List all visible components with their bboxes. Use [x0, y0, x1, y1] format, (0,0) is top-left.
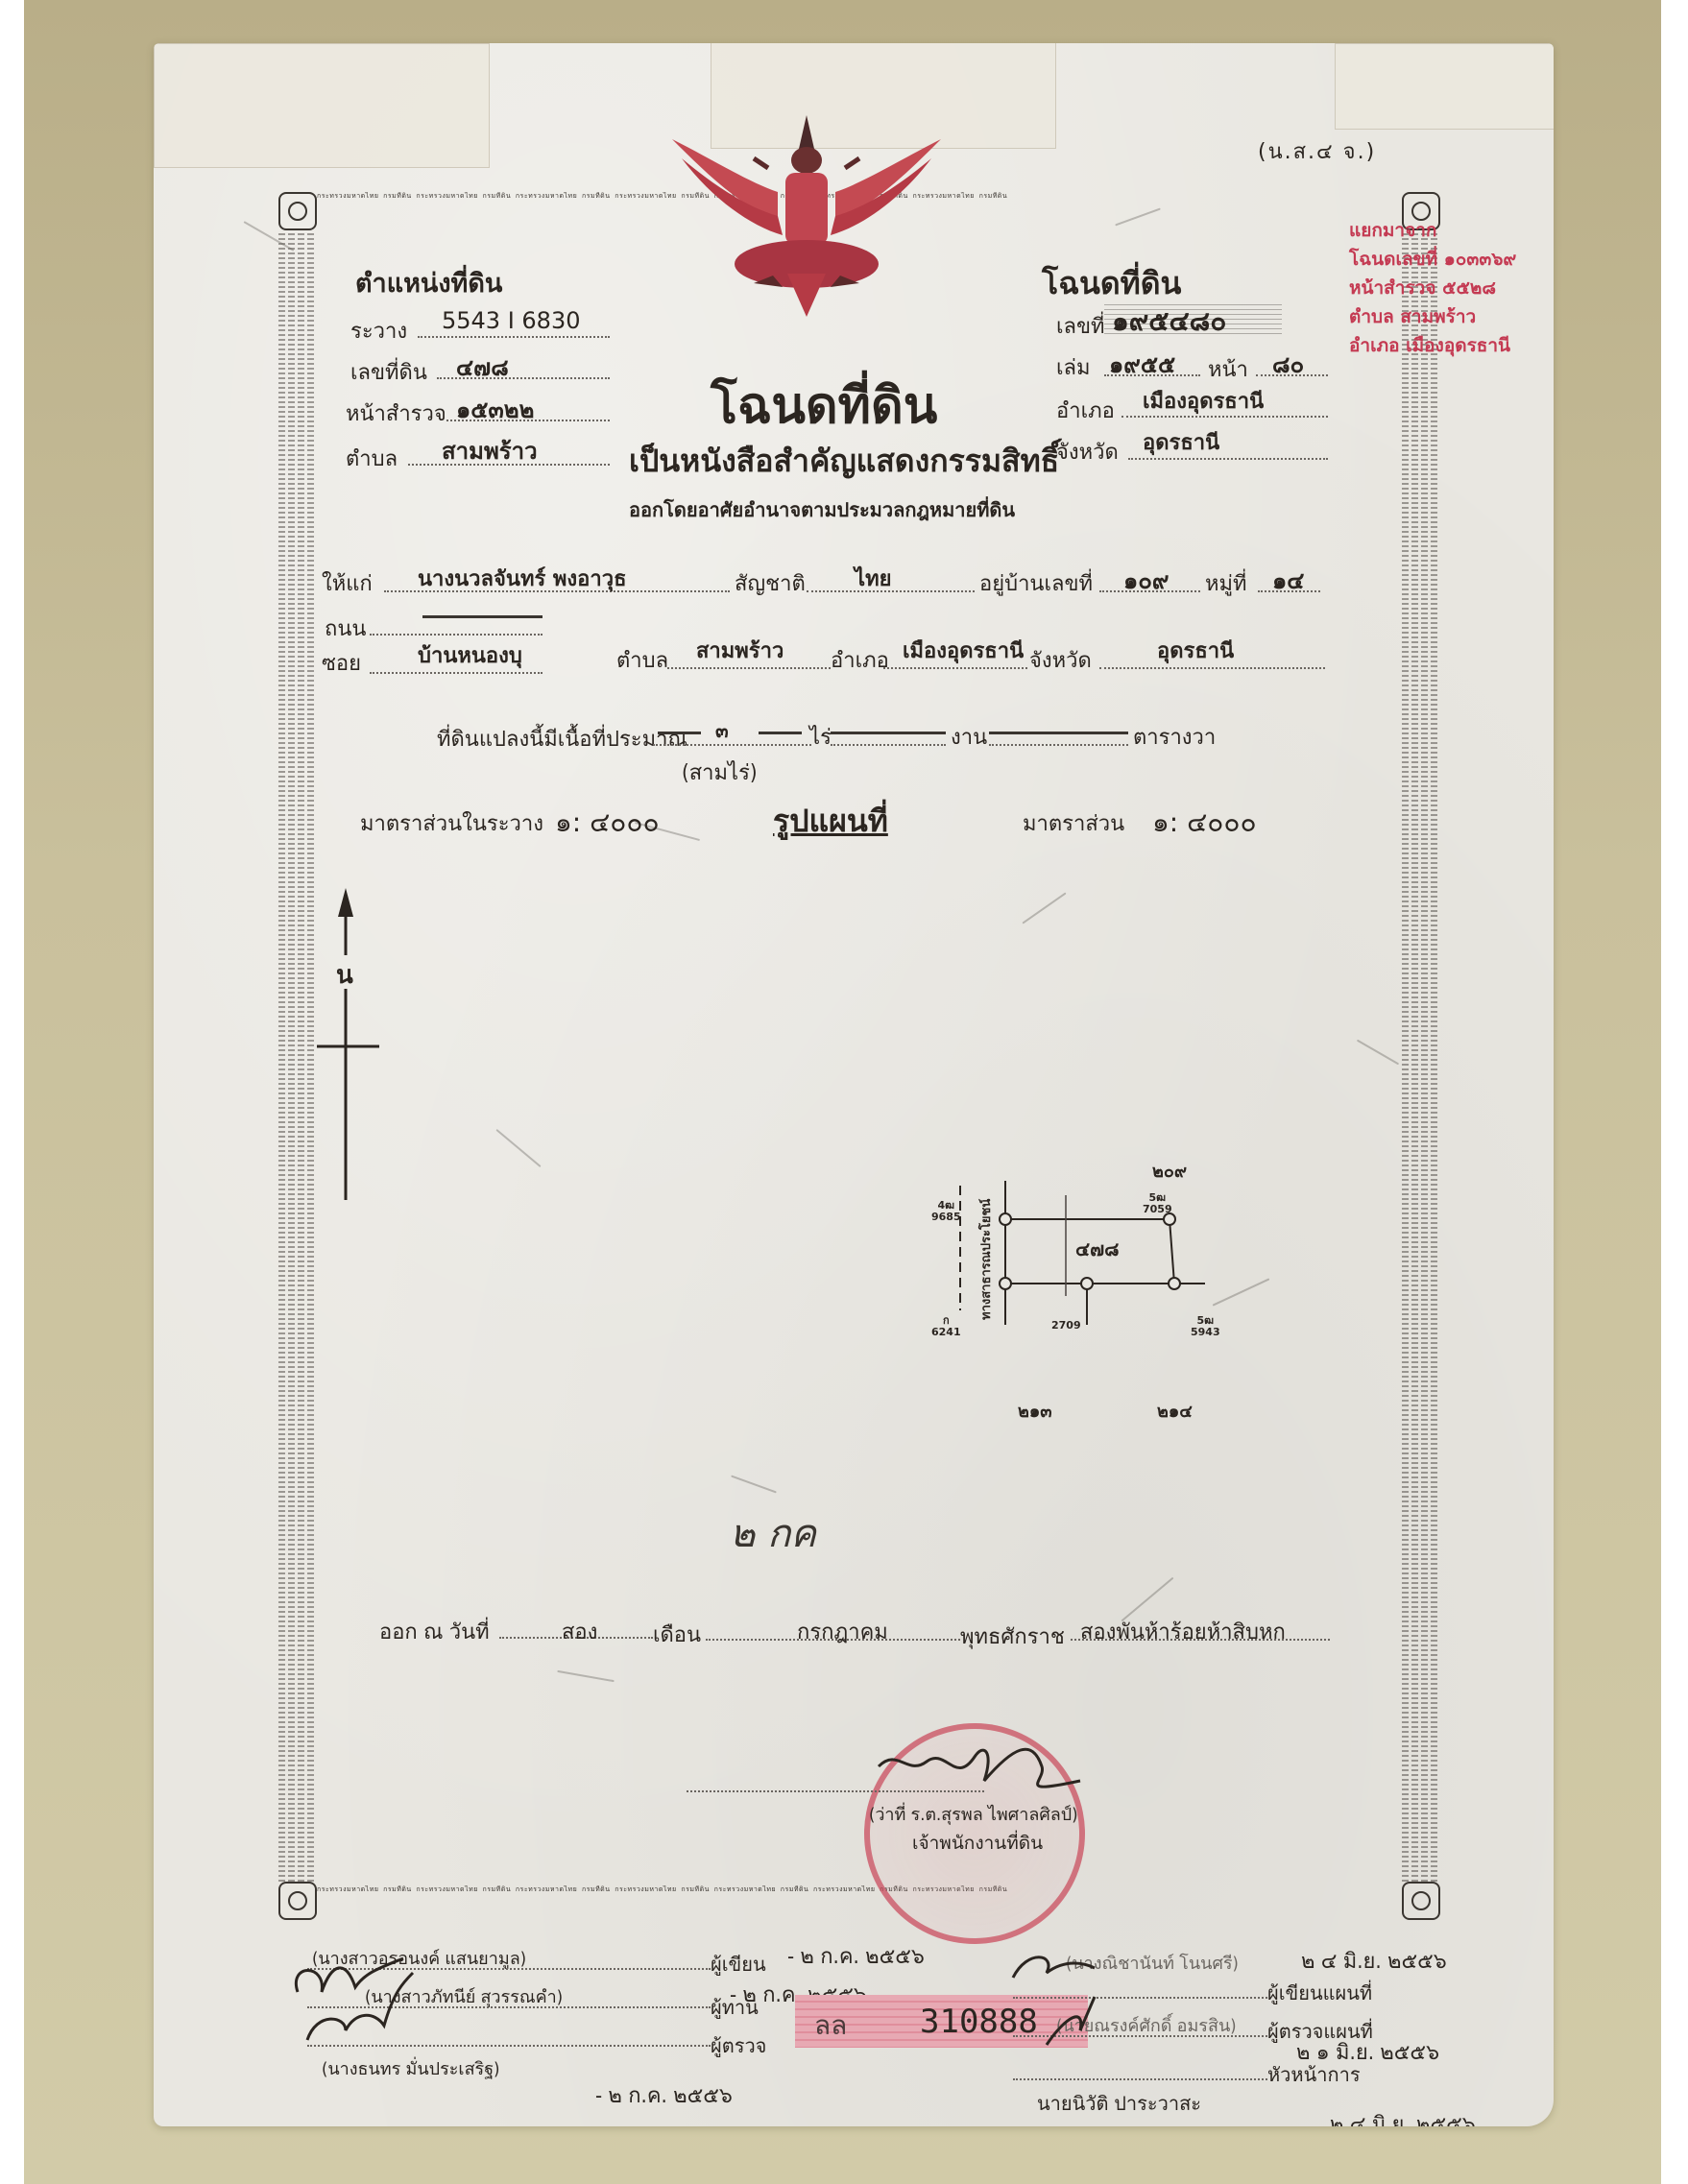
- house-no-label: อยู่บ้านเลขที่: [979, 566, 1093, 600]
- land-title-deed: (น.ส.๔ จ.) กระทรวงมหาดไทย กรมที่ดิน กระท…: [154, 43, 1554, 2126]
- split-note-line: แยกมาจาก: [1349, 216, 1516, 245]
- house-no-value: ๑๐๙: [1123, 562, 1169, 599]
- official-title: เจ้าพนักงานที่ดิน: [912, 1829, 1043, 1858]
- land-location-heading: ตำแหน่งที่ดิน: [355, 262, 502, 303]
- signatory-head-date: ๒ ๔ มิ.ย. ๒๕๕๖: [1330, 2107, 1476, 2126]
- owner-to-label: ให้แก่: [322, 566, 373, 600]
- scale-value: ๑: ๔๐๐๐: [1152, 802, 1257, 844]
- field-label-parcel-no: เลขที่ดิน: [350, 355, 427, 389]
- year-label: พุทธศักราช: [960, 1620, 1065, 1653]
- split-from-note: แยกมาจาก โฉนดเลขที่ ๑๐๓๓๖๙ หน้าสำรวจ ๕๕๒…: [1349, 216, 1516, 360]
- district-label: อำเภอ: [1056, 394, 1115, 427]
- issue-month: กรกฎาคม: [797, 1615, 888, 1648]
- marker-label: 5ฒ7059: [1143, 1192, 1172, 1215]
- dotted-line: [653, 744, 811, 746]
- deed-number: ๑๙๕๔๘๐: [1112, 300, 1226, 343]
- marker-label: 5ฒ5943: [1191, 1315, 1220, 1338]
- area-dash: [759, 732, 802, 734]
- dotted-line: [1013, 2078, 1267, 2080]
- document-subtitle: เป็นหนังสือสำคัญแสดงกรรมสิทธิ์: [629, 437, 1059, 486]
- issue-day: สอง: [562, 1615, 597, 1648]
- dotted-line: [883, 667, 1027, 669]
- wa-label: ตารางวา: [1133, 720, 1216, 754]
- field-value-survey-page: ๑๕๓๒๒: [456, 391, 534, 428]
- dotted-line: [687, 1790, 984, 1792]
- road-label: ถนน: [325, 612, 366, 645]
- area-in-words: (สามไร่): [682, 756, 758, 789]
- signatory-head-role: หัวหน้าการ: [1267, 2059, 1361, 2090]
- moo-label: หมู่ที่: [1205, 566, 1247, 600]
- public-road-label: ทางสาธารณประโยชน์: [976, 1199, 996, 1320]
- soi-value: บ้านหนองบุ: [418, 638, 522, 672]
- dotted-line: [989, 744, 1128, 746]
- volume-label: เล่ม: [1056, 350, 1091, 384]
- split-note-line: หน้าสำรวจ ๕๕๒๘: [1349, 274, 1516, 302]
- area-dash: [831, 732, 946, 734]
- neighbor-parcel-213: ๒๑๓: [1018, 1397, 1052, 1425]
- signatory-writer-role: ผู้เขียน: [711, 1949, 766, 1980]
- road-blank-dash: [422, 615, 543, 618]
- moo-value: ๑๔: [1272, 562, 1304, 599]
- volume-value: ๑๙๕๕: [1109, 346, 1175, 383]
- signatory-map-writer-date: ๒ ๔ มิ.ย. ๒๕๕๖: [1301, 1944, 1447, 1978]
- dotted-line: [370, 634, 543, 636]
- signatory-checker-name: (นางธนทร มั่นประเสริฐ): [322, 2054, 499, 2082]
- document-authority: ออกโดยอาศัยอำนาจตามประมวลกฎหมายที่ดิน: [629, 494, 1015, 525]
- field-label-survey-page: หน้าสำรวจ: [346, 396, 446, 430]
- district-label-2: อำเภอ: [831, 643, 889, 677]
- field-label-subdistrict: ตำบล: [346, 442, 398, 475]
- border-ornament-icon: [278, 192, 317, 230]
- parcel-number: ๔๗๘: [1075, 1234, 1120, 1264]
- nationality-value: ไทย: [855, 562, 891, 595]
- microtext-left: [278, 230, 317, 1882]
- signatory-map-writer-role: ผู้เขียนแผนที่: [1267, 1978, 1372, 2008]
- marker-label: 4ฒ9685: [931, 1200, 961, 1223]
- document-title: โฉนดที่ดิน: [711, 365, 937, 444]
- neighbor-parcel-209: ๒๐๙: [1152, 1157, 1187, 1185]
- area-rai-value: ๓: [715, 715, 729, 746]
- deed-number-box: ๑๙๕๔๘๐: [1104, 300, 1282, 335]
- microtext-right: [1402, 230, 1440, 1882]
- month-label: เดือน: [653, 1618, 701, 1651]
- handwritten-note: ๒ กค: [730, 1502, 816, 1564]
- split-note-line: โฉนดเลขที่ ๑๐๓๓๖๙: [1349, 245, 1516, 274]
- plot-map: ๔๗๘ ทางสาธารณประโยชน์ ๒๐๙ ๒๑๓ ๒๑๔ 4ฒ9685…: [912, 1138, 1219, 1426]
- map-signature-icon: [1008, 1939, 1143, 2054]
- signatory-checker-date: - ๒ ก.ค. ๒๕๕๖: [595, 2078, 733, 2112]
- split-note-line: ตำบล สามพร้าว: [1349, 302, 1516, 331]
- form-code: (น.ส.๔ จ.): [1258, 134, 1376, 168]
- dotted-line: [418, 336, 610, 338]
- border-ornament-icon: [1402, 1882, 1440, 1920]
- official-name: (ว่าที่ ร.ต.สุรพล ไพศาลศิลป์): [869, 1800, 1078, 1828]
- field-value-sheet: 5543 I 6830: [442, 307, 581, 334]
- area-dash: [658, 732, 701, 734]
- field-value-subdistrict: สามพร้าว: [442, 432, 538, 469]
- dotted-line: [667, 667, 831, 669]
- map-scale-value: ๑: ๔๐๐๐: [555, 802, 660, 844]
- nationality-label: สัญชาติ: [735, 566, 806, 600]
- area-prefix: ที่ดินแปลงนี้มีเนื้อที่ประมาณ: [437, 722, 687, 756]
- page-value: ๘๐: [1272, 346, 1304, 383]
- rai-label: ไร่: [809, 720, 832, 754]
- map-heading: รูปแผนที่: [773, 797, 888, 846]
- area-dash: [989, 732, 1128, 734]
- tape-patch: [154, 43, 490, 168]
- scale-label: มาตราส่วน: [1023, 806, 1124, 840]
- province-label: จังหวัด: [1056, 435, 1119, 468]
- tape-patch: [1335, 43, 1554, 130]
- deed-number-label: เลขที่: [1056, 309, 1105, 343]
- province-value: อุดรธานี: [1143, 425, 1219, 459]
- issue-prefix: ออก ณ วันที่: [379, 1615, 490, 1648]
- serial-prefix: ลล: [814, 2004, 847, 2047]
- signatory-writer-date: - ๒ ก.ค. ๒๕๕๖: [787, 1939, 925, 1973]
- field-value-parcel-no: ๔๗๘: [456, 348, 509, 386]
- province-label-2: จังหวัด: [1029, 643, 1092, 677]
- neighbor-parcel-214: ๒๑๔: [1157, 1397, 1193, 1425]
- north-arrow-icon: [317, 888, 394, 1205]
- signatory-checker-role: ผู้ตรวจ: [711, 2030, 766, 2061]
- soi-label: ซอย: [322, 646, 361, 680]
- border-ornament-icon: [278, 1882, 317, 1920]
- dotted-line: [831, 744, 946, 746]
- issue-year: สองพันห้าร้อยห้าสิบหก: [1080, 1615, 1286, 1648]
- owner-name: นางนวลจันทร์ พงอาวุธ: [418, 562, 627, 595]
- handwritten-signature-icon: [288, 1954, 422, 2059]
- split-note-line: อำเภอ เมืองอุดรธานี: [1349, 331, 1516, 360]
- subdistrict-label: ตำบล: [616, 643, 668, 677]
- garuda-emblem-icon: [663, 110, 951, 322]
- subdistrict-value: สามพร้าว: [696, 634, 784, 667]
- dotted-line: [370, 672, 543, 674]
- marker-label: ก6241: [931, 1315, 961, 1338]
- page-label: หน้า: [1208, 352, 1248, 386]
- north-label: น: [336, 955, 353, 995]
- microtext-bottom: กระทรวงมหาดไทย กรมที่ดิน กระทรวงมหาดไทย …: [317, 1885, 1402, 1920]
- field-label-sheet: ระวาง: [350, 314, 407, 348]
- signatory-head-name: นายนิวัติ ปาระวาสะ: [1037, 2088, 1201, 2119]
- district-value: เมืองอุดรธานี: [1143, 384, 1264, 418]
- marker-label: 2709: [1051, 1320, 1081, 1332]
- dotted-line: [1099, 667, 1325, 669]
- dotted-line: [307, 2045, 711, 2047]
- province-value-2: อุดรธานี: [1157, 634, 1234, 667]
- district-value-2: เมืองอุดรธานี: [903, 634, 1024, 667]
- ngan-label: งาน: [951, 720, 987, 754]
- map-scale-label: มาตราส่วนในระวาง: [360, 806, 543, 840]
